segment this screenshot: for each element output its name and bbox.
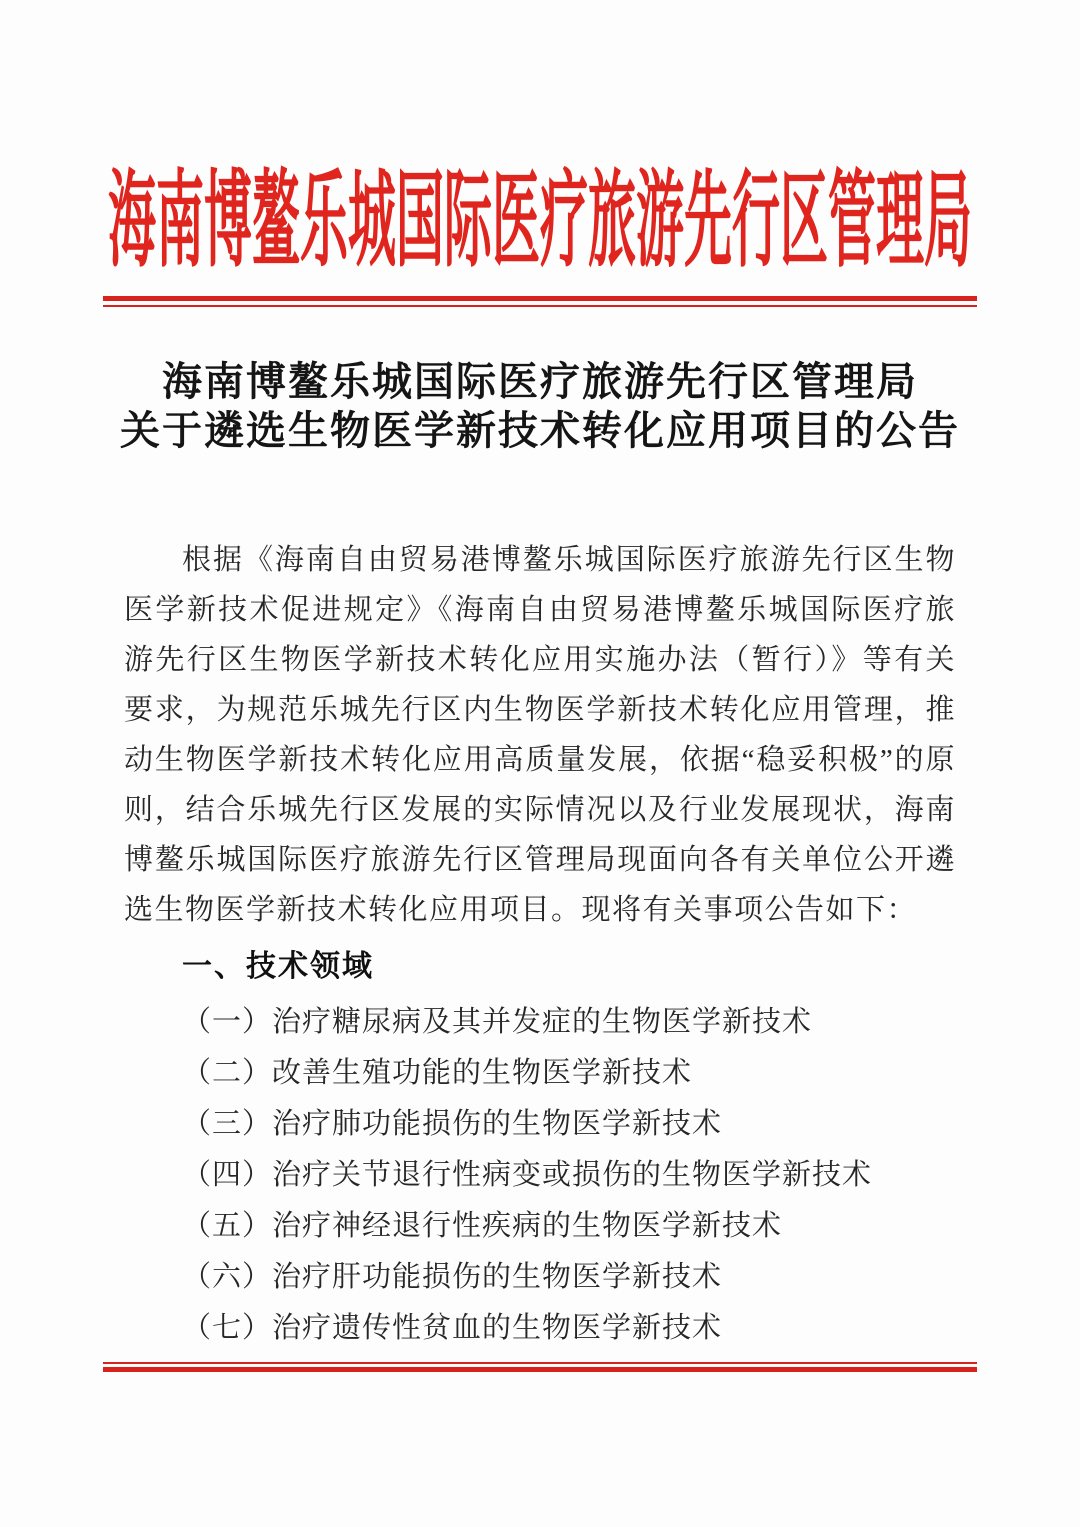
document-body: 根据《海南自由贸易港博鳌乐城国际医疗旅游先行区生物医学新技术促进规定》《海南自由… [124, 535, 956, 1354]
list-item: （六）治疗肝功能损伤的生物医学新技术 [182, 1252, 956, 1303]
document-title: 海南博鳌乐城国际医疗旅游先行区管理局 关于遴选生物医学新技术转化应用项目的公告 [0, 357, 1080, 455]
list-item: （七）治疗遗传性贫血的生物医学新技术 [182, 1303, 956, 1354]
intro-paragraph: 根据《海南自由贸易港博鳌乐城国际医疗旅游先行区生物医学新技术促进规定》《海南自由… [124, 535, 956, 935]
tech-fields-list: （一）治疗糖尿病及其并发症的生物医学新技术 （二）改善生殖功能的生物医学新技术 … [124, 997, 956, 1354]
document-title-line-2: 关于遴选生物医学新技术转化应用项目的公告 [0, 406, 1080, 455]
document-title-line-1: 海南博鳌乐城国际医疗旅游先行区管理局 [0, 357, 1080, 406]
list-item: （三）治疗肺功能损伤的生物医学新技术 [182, 1099, 956, 1150]
section-heading-tech-fields: 一、技术领域 [124, 945, 956, 989]
list-item: （一）治疗糖尿病及其并发症的生物医学新技术 [182, 997, 956, 1048]
document-page: 海南博鳌乐城国际医疗旅游先行区管理局 海南博鳌乐城国际医疗旅游先行区管理局 关于… [0, 0, 1080, 1527]
footer-divider-thick-line [103, 1367, 977, 1372]
list-item: （二）改善生殖功能的生物医学新技术 [182, 1048, 956, 1099]
list-item: （五）治疗神经退行性疾病的生物医学新技术 [182, 1201, 956, 1252]
letterhead: 海南博鳌乐城国际医疗旅游先行区管理局 [0, 0, 1080, 292]
footer-divider [103, 1362, 977, 1372]
list-item: （四）治疗关节退行性病变或损伤的生物医学新技术 [182, 1150, 956, 1201]
letterhead-org-name: 海南博鳌乐城国际医疗旅游先行区管理局 [108, 131, 972, 315]
